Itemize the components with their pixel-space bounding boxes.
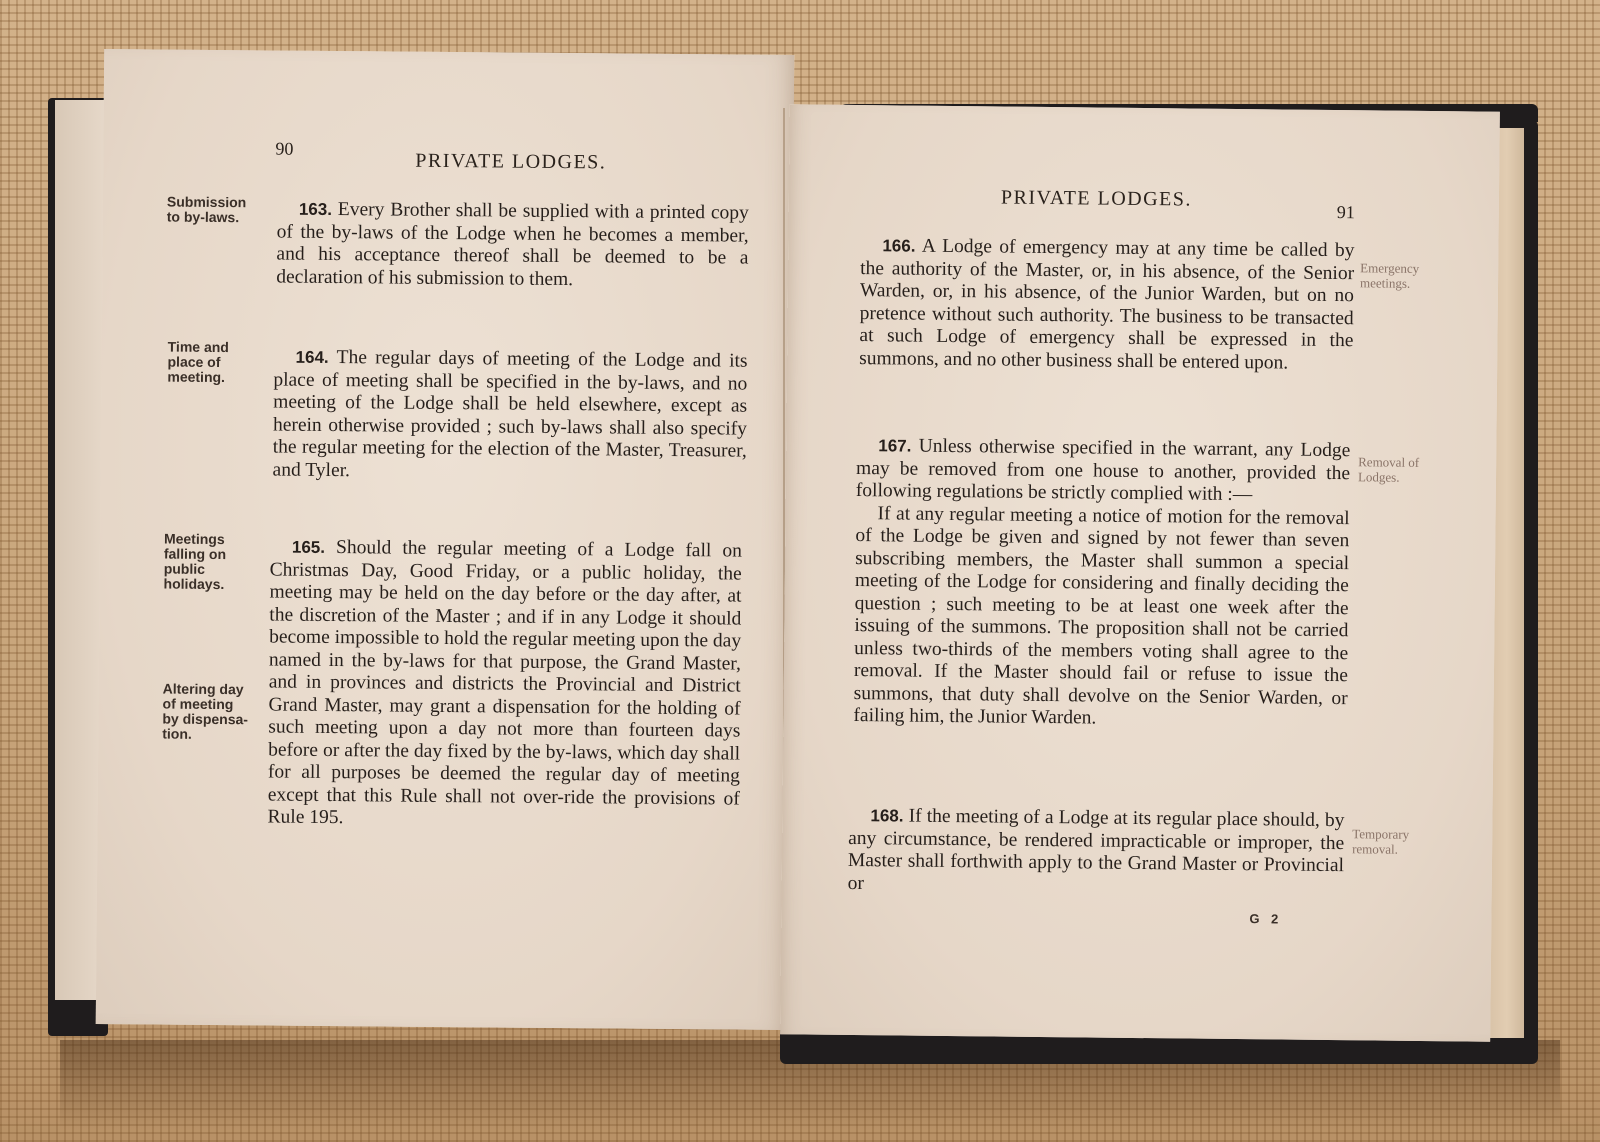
sidenote-removal-of-lodges: Removal of Lodges. [1358, 454, 1419, 485]
sidenote-altering-day: Altering day of meeting by dispensa- tio… [162, 682, 248, 743]
left-page: 90 PRIVATE LODGES. Submission to by-laws… [96, 49, 794, 1030]
rule-number: 168. [870, 806, 903, 825]
right-page: PRIVATE LODGES. 91 166. A Lodge of emerg… [780, 104, 1500, 1041]
running-head: PRIVATE LODGES. [1001, 187, 1192, 212]
page-number: 90 [275, 139, 293, 160]
sidenote-submission: Submission to by-laws. [167, 195, 247, 226]
rule-text: If the meeting of a Lodge at its regular… [848, 806, 1345, 894]
rule-number: 166. [882, 236, 915, 255]
sidenote-temporary-removal: Temporary removal. [1352, 826, 1409, 857]
rule-163: 163. Every Brother shall be supplied wit… [276, 199, 749, 293]
rule-number: 163. [299, 200, 332, 219]
rule-165: 165. Should the regular meeting of a Lod… [267, 536, 742, 833]
sidenote-public-holidays: Meetings falling on public holidays. [164, 532, 227, 593]
rule-166: 166. A Lodge of emergency may at any tim… [859, 235, 1354, 375]
rule-text: Should the regular meeting of a Lodge fa… [267, 537, 742, 828]
rule-167: 167. Unless otherwise specified in the w… [853, 435, 1350, 733]
rule-text: A Lodge of emergency may at any time be … [859, 236, 1354, 373]
rule-text: Unless otherwise specified in the warran… [856, 436, 1351, 505]
rule-number: 164. [296, 348, 329, 367]
sidenote-time-place: Time and place of meeting. [167, 340, 229, 386]
rule-number: 165. [292, 538, 325, 557]
rule-number: 167. [878, 436, 911, 455]
running-head: PRIVATE LODGES. [415, 150, 606, 175]
rule-text: Every Brother shall be supplied with a p… [276, 199, 749, 290]
rule-164: 164. The regular days of meeting of the … [272, 346, 747, 485]
rule-168: 168. If the meeting of a Lodge at its re… [848, 805, 1345, 900]
rule-continuation: If at any regular meeting a notice of mo… [853, 503, 1349, 733]
signature-mark: G 2 [1249, 911, 1282, 926]
rule-text: The regular days of meeting of the Lodge… [273, 347, 748, 481]
page-number: 91 [1337, 202, 1355, 223]
sidenote-emergency-meetings: Emergency meetings. [1360, 260, 1419, 291]
